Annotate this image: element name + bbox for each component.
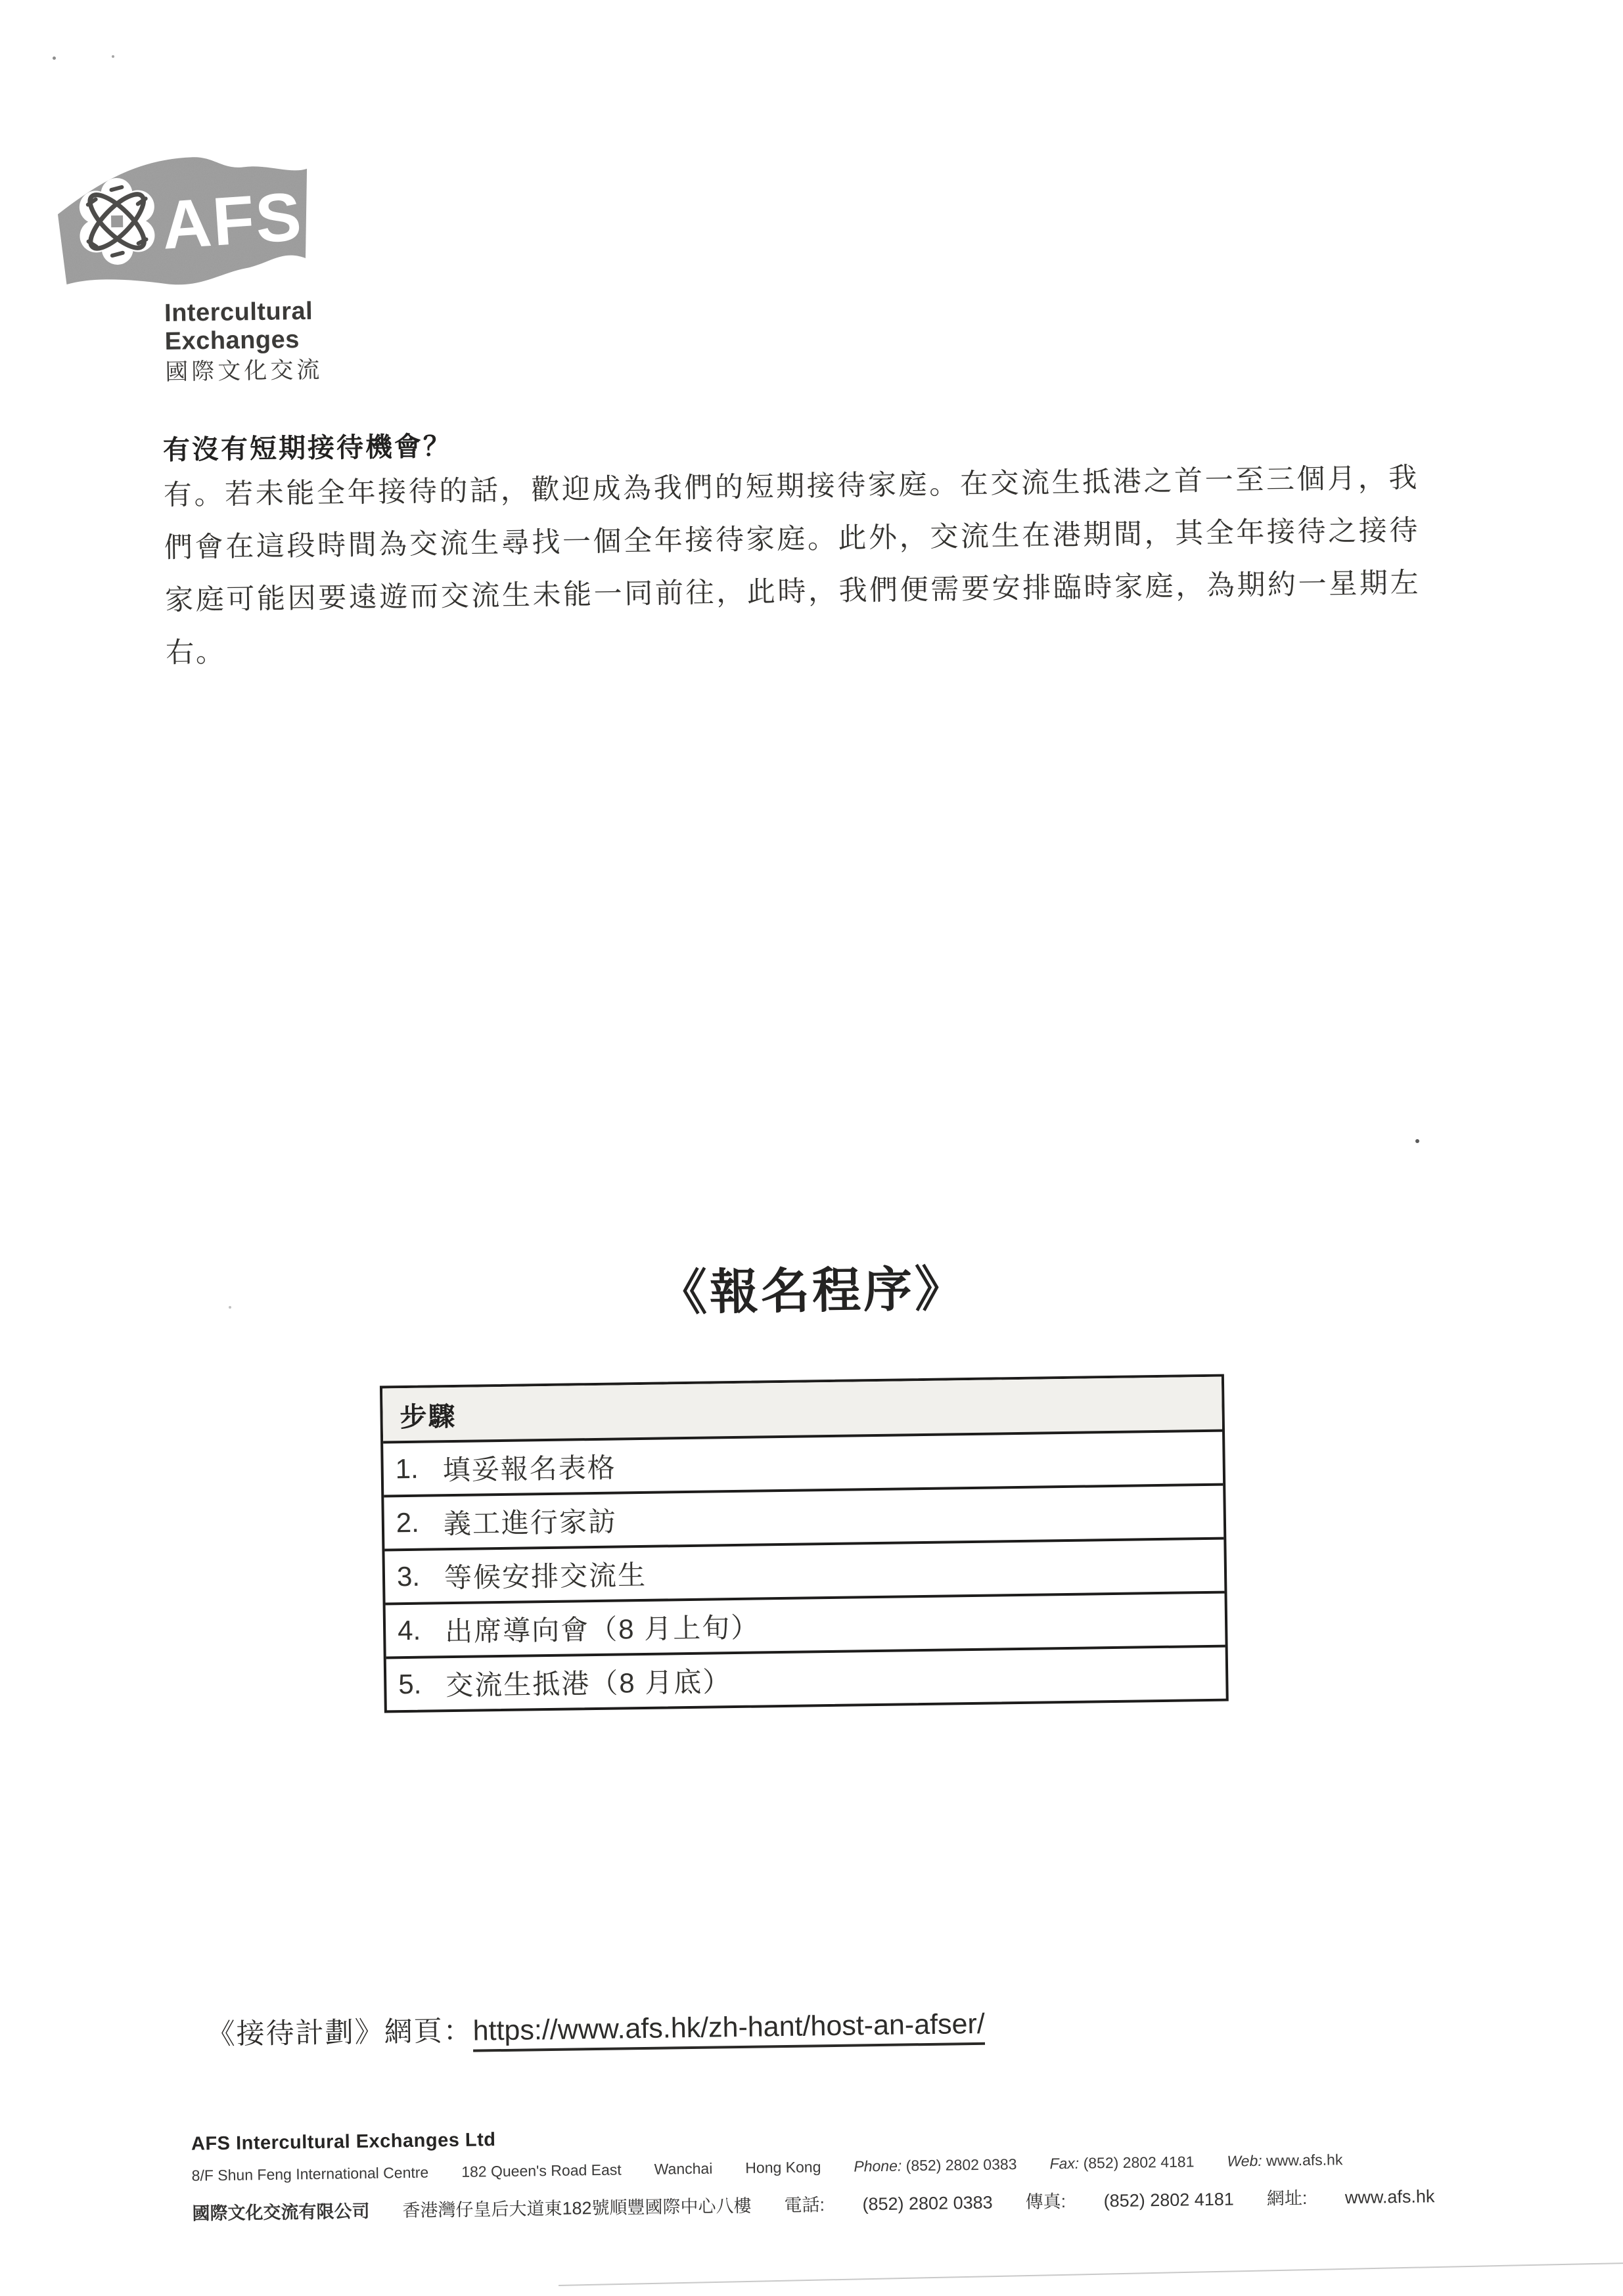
- scan-speck: [112, 55, 114, 58]
- hosting-page-url[interactable]: https://www.afs.hk/zh-hant/host-an-afser…: [472, 2008, 985, 2052]
- row-text: 義工進行家訪: [443, 1500, 617, 1542]
- row-text: 交流生抵港（8 月底）: [446, 1660, 732, 1703]
- footer-address1-en: 8/F Shun Feng International Centre: [192, 2164, 429, 2184]
- logo-wordmark-chinese: 國際文化交流: [165, 357, 323, 386]
- footer-line-zh: 國際文化交流有限公司香港灣仔皇后大道東182號順豐國際中心八樓電話: (852)…: [192, 2182, 1434, 2224]
- hosting-page-link-line: 《接待計劃》網頁：https://www.afs.hk/zh-hant/host…: [206, 2002, 985, 2053]
- footer-phone: (852) 2802 0383: [906, 2155, 1017, 2174]
- scanned-sheet: AFS Intercultural Exchanges 國際文化交流 有沒有短期…: [0, 0, 1623, 2296]
- scan-speck: [229, 1306, 231, 1309]
- row-number: 1.: [395, 1452, 443, 1485]
- procedure-title: 《報名程序》: [0, 1241, 1623, 1333]
- footer-address4-en: Hong Kong: [745, 2158, 821, 2176]
- footer-line-en: 8/F Shun Feng International Centre182 Qu…: [192, 2150, 1434, 2184]
- scan-speck: [53, 56, 56, 60]
- footer-fax-zh: (852) 2802 4181: [1103, 2190, 1234, 2211]
- afs-flag-icon: AFS: [51, 145, 315, 300]
- footer-fax-label-zh: 傳真:: [1025, 2192, 1066, 2212]
- footer-phone-label-en: Phone:: [854, 2157, 902, 2175]
- row-text: 出席導向會（8 月上旬）: [445, 1606, 760, 1650]
- footer-web-label-zh: 網址:: [1267, 2188, 1308, 2209]
- row-text: 等候安排交流生: [444, 1554, 647, 1596]
- table-row: 5. 交流生抵港（8 月底）: [386, 1645, 1226, 1711]
- afs-logo: AFS Intercultural Exchanges 國際文化交流: [51, 145, 329, 300]
- footer-web-label-en: Web:: [1227, 2152, 1262, 2170]
- footer: AFS Intercultural Exchanges Ltd 8/F Shun…: [191, 2116, 1435, 2224]
- link-prefix: 《接待計劃》網頁：: [206, 2015, 473, 2051]
- steps-table: 步驟 1. 填妥報名表格 2. 義工進行家訪 3. 等候安排交流生 4. 出席導…: [380, 1374, 1229, 1713]
- row-number: 4.: [398, 1614, 446, 1646]
- row-text: 填妥報名表格: [442, 1447, 616, 1489]
- footer-company-zh: 國際文化交流有限公司: [192, 2201, 369, 2224]
- footer-fax-label-en: Fax:: [1049, 2155, 1079, 2172]
- scan-speck: [1415, 1139, 1419, 1143]
- question-heading: 有沒有短期接待機會？: [163, 424, 453, 467]
- afs-logo-text: AFS: [160, 179, 305, 264]
- logo-wordmark-line1: Intercultural: [164, 298, 323, 328]
- footer-company-en: AFS Intercultural Exchanges Ltd: [191, 2116, 1434, 2155]
- footer-address2-en: 182 Queen's Road East: [461, 2161, 622, 2180]
- footer-web: www.afs.hk: [1266, 2151, 1343, 2169]
- logo-wordmark-line2: Exchanges: [164, 325, 323, 355]
- row-number: 3.: [397, 1560, 445, 1592]
- footer-fax: (852) 2802 4181: [1083, 2153, 1194, 2171]
- answer-paragraph: 有。若未能全年接待的話，歡迎成為我們的短期接待家庭。在交流生抵港之首一至三個月，…: [163, 451, 1421, 679]
- footer-web-zh: www.afs.hk: [1345, 2186, 1435, 2207]
- row-number: 5.: [398, 1668, 446, 1700]
- document-page: AFS Intercultural Exchanges 國際文化交流 有沒有短期…: [0, 0, 1623, 2296]
- footer-phone-label-zh: 電話:: [784, 2195, 825, 2215]
- row-number: 2.: [396, 1506, 444, 1539]
- footer-address3-en: Wanchai: [654, 2160, 713, 2178]
- footer-address-zh: 香港灣仔皇后大道東182號順豐國際中心八樓: [402, 2196, 751, 2220]
- footer-phone-zh: (852) 2802 0383: [862, 2193, 993, 2215]
